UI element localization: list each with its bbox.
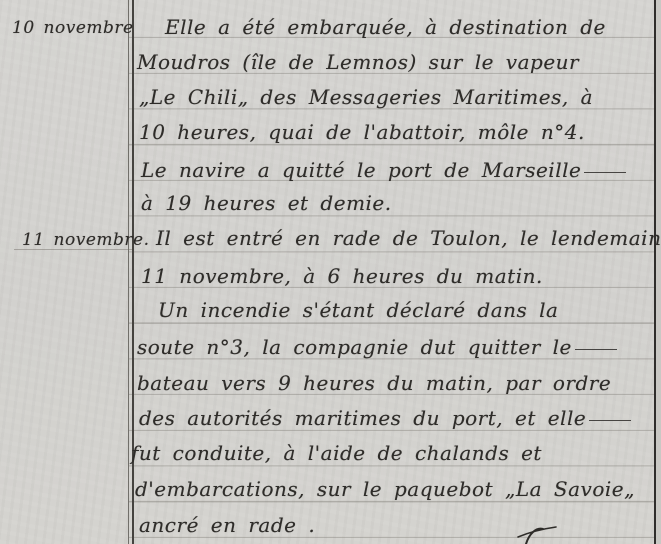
margin-double-rule-left: [128, 0, 129, 544]
page-edge-strip: [656, 0, 661, 544]
manuscript-line: fut conduite, à l'aide de chalands et: [131, 440, 542, 466]
manuscript-line: bateau vers 9 heures du matin, par ordre: [137, 370, 611, 396]
manuscript-line: soute n°3, la compagnie dut quitter le: [137, 334, 617, 360]
manuscript-line: 11 novembre, à 6 heures du matin.: [141, 263, 543, 289]
register-page-scan: 10 novembre 11 novembre. Elle a été emba…: [0, 0, 661, 544]
manuscript-line: „Le Chili„ des Messageries Maritimes, à: [139, 84, 593, 110]
manuscript-line: Moudros (île de Lemnos) sur le vapeur: [137, 49, 579, 75]
manuscript-line: ancré en rade .: [139, 512, 315, 538]
manuscript-line: Le navire a quitté le port de Marseille: [141, 157, 626, 183]
margin-date: 11 novembre.: [22, 227, 149, 253]
manuscript-line: d'embarcations, sur le paquebot „La Savo…: [135, 476, 635, 502]
manuscript-line: 10 heures, quai de l'abattoir, môle n°4.: [139, 119, 585, 145]
manuscript-line: des autorités maritimes du port, et elle: [139, 405, 631, 431]
manuscript-line: Elle a été embarquée, à destination de: [165, 14, 606, 40]
manuscript-line: Un incendie s'étant déclaré dans la: [158, 297, 558, 323]
manuscript-line: à 19 heures et demie.: [141, 190, 392, 216]
cutoff-pen-stroke: [516, 524, 564, 544]
manuscript-line: Il est entré en rade de Toulon, le lende…: [156, 225, 661, 251]
margin-date: 10 novembre: [12, 15, 134, 41]
